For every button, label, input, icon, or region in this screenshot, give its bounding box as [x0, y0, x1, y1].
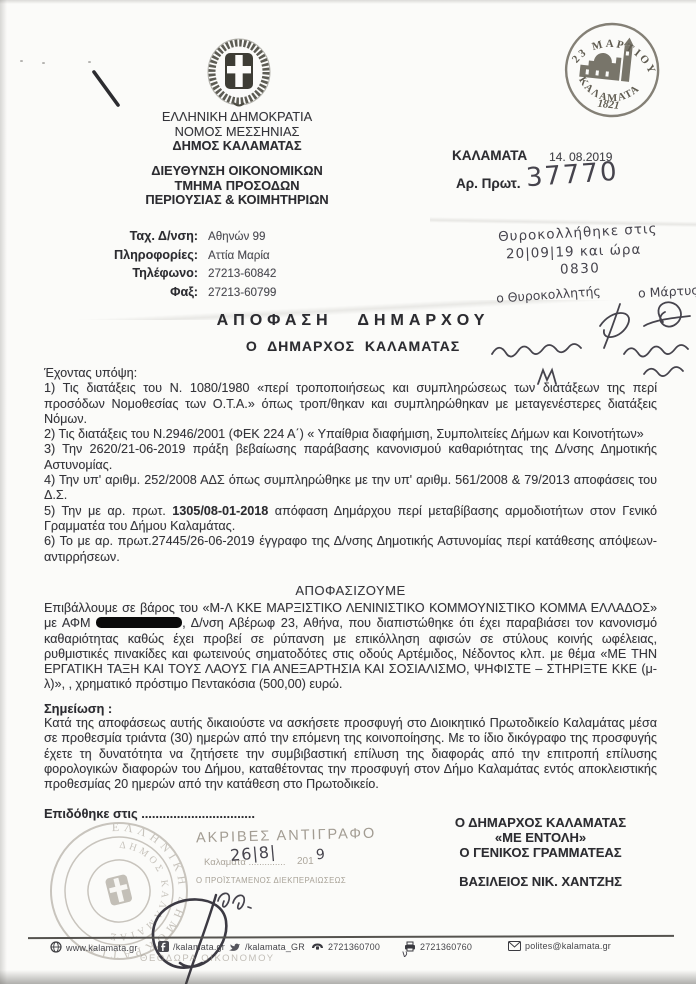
contact-row-address: Ταχ. Δ/νση:Αθηνών 99 [56, 229, 416, 243]
signatory-line-by-order: «ΜΕ ΕΝΤΟΛΗ» [398, 830, 683, 845]
footer-twitter: /kalamata_GR [228, 941, 305, 952]
considering-item-3: 3) Την 2620/21-06-2019 πράξη βεβαίωσης π… [44, 442, 657, 473]
scan-speck [42, 62, 45, 64]
scan-speck [88, 61, 91, 63]
footer-website-text: www.kalamata.gr [66, 943, 138, 953]
note-body: Κατά της αποφάσεως αυτής δικαιούστε να α… [44, 716, 657, 792]
signatory-name: ΒΑΣΙΛΕΙΟΣ ΝΙΚ. ΧΑΝΤΖΗΣ [398, 874, 683, 889]
footer-facebook: /kalamata.gr [158, 941, 225, 952]
contact-value: 27213-60799 [208, 286, 276, 299]
handwritten-copy-year-digit: 9 [315, 847, 325, 864]
footer-email-text: polites@kalamata.gr [525, 941, 611, 951]
footer-email: polites@kalamata.gr [508, 941, 611, 951]
handwritten-protocol-number: 37770 [525, 157, 620, 193]
contact-label: Ταχ. Δ/νση: [56, 229, 198, 243]
scan-edge-top [0, 0, 696, 4]
dept-line-section2: ΠΕΡΙΟΥΣΙΑΣ & ΚΟΙΜΗΤΗΡΙΩΝ [96, 193, 378, 208]
footer-website: www.kalamata.gr [50, 941, 138, 953]
poster-signature-scribble [604, 304, 620, 348]
department-header: ΔΙΕΥΘΥΝΣΗ ΟΙΚΟΝΟΜΙΚΩΝ ΤΜΗΜΑ ΠΡΟΣΟΔΩΝ ΠΕΡ… [96, 164, 378, 208]
scan-edge-bottom [0, 970, 696, 984]
true-copy-year-fragment: 201 [297, 856, 314, 867]
org-line-municipality: ΔΗΜΟΣ ΚΑΛΑΜΑΤΑΣ [108, 139, 366, 154]
org-line-republic: ΕΛΛΗΝΙΚΗ ΔΗΜΟΚΡΑΤΙΑ [108, 110, 366, 125]
email-icon [508, 941, 521, 951]
greek-national-emblem-icon [204, 36, 274, 110]
dept-line-section: ΤΜΗΜΑ ΠΡΟΣΟΔΩΝ [96, 179, 378, 194]
footer-fax-text: 2721360760 [420, 942, 472, 952]
contact-value: 27213-60842 [208, 267, 276, 280]
contact-row-fax: Φαξ:27213-60799 [56, 285, 416, 299]
considering-item-6: 6) Το με αρ. πρωτ.27445/26-06-2019 έγγρα… [44, 534, 657, 565]
witness-signature-scribble [658, 302, 681, 326]
contact-label: Τηλέφωνο: [56, 266, 198, 280]
pen-mark-diagonal [88, 66, 126, 112]
true-copy-stamp-title: ΑΚΡΙΒΕΣ ΑΝΤΙΓΡΑΦΟ [196, 826, 377, 847]
facebook-icon [158, 941, 169, 952]
org-header: ΕΛΛΗΝΙΚΗ ΔΗΜΟΚΡΑΤΙΑ ΝΟΜΟΣ ΜΕΣΣΗΝΙΑΣ ΔΗΜΟ… [108, 110, 366, 154]
note-heading: Σημείωση : [44, 701, 112, 716]
dept-line-directorate: ΔΙΕΥΘΥΝΣΗ ΟΙΚΟΝΟΜΙΚΩΝ [96, 164, 378, 179]
contact-label: Φαξ: [56, 285, 198, 299]
city-label: ΚΑΛΑΜΑΤΑ [452, 148, 527, 163]
contact-row-info: Πληροφορίες:Αττία Μαρία [56, 248, 416, 262]
considering-item-5: 5) Την με αρ. πρωτ. 1305/08-01-2018 απόφ… [44, 504, 657, 535]
contact-label: Πληροφορίες: [56, 248, 198, 262]
handwritten-copy-date: 26|8| [229, 842, 277, 865]
handwritten-posting-line3: 0830 [560, 260, 601, 277]
decision-heading: ΑΠΟΦΑΣΙΖΟΥΜΕ [44, 583, 657, 598]
item5-protocol-bold: 1305/08-01-2018 [172, 504, 268, 518]
decision-paragraph: Επιβάλλουμε σε βάρος του «Μ-Λ ΚΚΕ ΜΑΡΞΙΣ… [44, 601, 657, 693]
item5-prefix: 5) Την με αρ. πρωτ. [44, 504, 172, 518]
signatory-line-secretary: Ο ΓΕΝΙΚΟΣ ΓΡΑΜΜΑΤΕΑΣ [398, 845, 683, 860]
true-copy-official-title: Ο ΠΡΟΪΣΤΑΜΕΝΟΣ ΔΙΕΚΠΕΡΑΙΩΣΕΩΣ [196, 876, 346, 885]
faint-official-name: ΘΕΟΔΩΡΑ ΟΙΚΟΝΟΜΟΥ [140, 953, 275, 964]
signatory-line-mayor: Ο ΔΗΜΑΡΧΟΣ ΚΑΛΑΜΑΤΑΣ [398, 815, 683, 830]
scan-speck [20, 60, 23, 62]
kalamata-1821-seal: 23 ΜΑΡΤΙΟΥ ΚΑΛΑΜΑΤΑ 1821 [551, 10, 674, 131]
note-body-wrap: Κατά της αποφάσεως αυτής δικαιούστε να α… [44, 716, 657, 792]
contact-value: Αθηνών 99 [208, 230, 265, 243]
org-line-prefecture: ΝΟΜΟΣ ΜΕΣΣΗΝΙΑΣ [108, 125, 366, 140]
footer-twitter-text: /kalamata_GR [245, 942, 305, 952]
document-page: ΕΛΛΗΝΙΚΗ ΔΗΜΟΚΡΑΤΙΑ ΝΟΜΟΣ ΜΕΣΣΗΝΙΑΣ ΔΗΜΟ… [0, 0, 696, 984]
handwritten-posting-line2: 20|09|19 και ώρα [506, 242, 642, 263]
considering-item-4: 4) Την υπ' αριθμ. 252/2008 ΑΔΣ όπως συμπ… [44, 473, 657, 504]
seal-year-text: 1821 [597, 98, 620, 112]
stamp-center-emblem [105, 874, 133, 906]
considering-item-2: 2) Τις διατάξεις του Ν.2946/2001 (ΦΕΚ 22… [44, 427, 657, 442]
decision-text: Επιβάλλουμε σε βάρος του «Μ-Λ ΚΚΕ ΜΑΡΞΙΣ… [44, 601, 657, 693]
twitter-icon [228, 941, 241, 952]
phone-icon [311, 941, 324, 952]
signatory-block: Ο ΔΗΜΑΡΧΟΣ ΚΑΛΑΜΑΤΑΣ «ΜΕ ΕΝΤΟΛΗ» Ο ΓΕΝΙΚ… [398, 815, 683, 889]
handwritten-signatures-scribbles [478, 296, 696, 396]
handwritten-checkmark: ν [402, 949, 408, 960]
scan-edge-left [0, 0, 7, 984]
footer-phone: 2721360700 [311, 941, 380, 952]
contact-row-phone: Τηλέφωνο:27213-60842 [56, 266, 416, 280]
afm-redaction-box [96, 617, 182, 628]
globe-icon [50, 941, 62, 953]
footer-facebook-text: /kalamata.gr [173, 942, 225, 952]
contact-value: Αττία Μαρία [208, 249, 270, 262]
footer-fax: 2721360760 [404, 941, 472, 952]
protocol-label: Αρ. Πρωτ. [456, 176, 521, 191]
footer-phone-text: 2721360700 [328, 942, 380, 952]
